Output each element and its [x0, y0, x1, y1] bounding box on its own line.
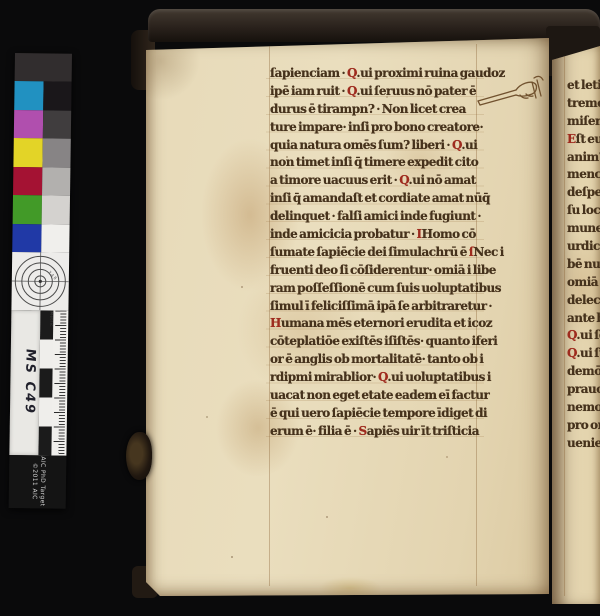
manuscript-line: prauo ſ — [567, 381, 600, 399]
ink-text: et letic — [567, 78, 600, 92]
manuscript-line: Q.ui ſu — [567, 345, 600, 363]
swatch-header-gray — [15, 53, 72, 82]
ink-text: ſimul ī feliciſſimā ipā ſe arbitraretur … — [270, 299, 492, 313]
ink-text: ipē iam ruit · — [270, 84, 347, 98]
swatch-row — [13, 166, 70, 195]
rubric-text: Q — [347, 66, 356, 80]
manuscript-line: ture impare· inſi pro bono creatore· — [270, 119, 488, 137]
swatch-row — [12, 223, 69, 252]
rubric-text: E — [567, 132, 576, 146]
manuscript-line: munere· — [567, 220, 600, 238]
shelfmark-label: MS C49 — [9, 310, 40, 455]
clasp-remnant — [126, 432, 152, 480]
manuscript-line: omiā ih — [567, 274, 600, 292]
ink-text: uacat non eget etate eadem eī factur — [270, 388, 489, 402]
ink-text: omiā ih — [567, 275, 600, 289]
left-page: ſapienciam · Q.ui proximi ruina gaudozip… — [146, 36, 549, 596]
manuscript-line: quia natura omēs ſum? liberi · Q.ui — [270, 137, 488, 155]
ink-text: or ē anglis ob mortalitatē· tanto ob i — [270, 352, 483, 366]
ruler-minor-ticks — [58, 311, 66, 456]
manuscript-line: anim? — [567, 149, 600, 167]
swatch-row — [14, 109, 71, 138]
ink-text: cōteplatiōe exiſtēs iſiſtēs· quanto ifer… — [270, 334, 497, 348]
ink-text: mencia — [567, 167, 600, 181]
ink-text: ture impare· inſi pro bono creatore· — [270, 120, 483, 134]
rubric-text: Q — [378, 370, 387, 384]
ink-text: prauo ſ — [567, 382, 600, 396]
swatch-yellow — [13, 138, 42, 167]
manuscript-line: ſu loco — [567, 202, 600, 220]
manuscript-line: Humana mēs eternori erudita et icoz — [270, 315, 488, 333]
ink-text: urdicio — [567, 239, 600, 253]
ink-text: ſapienciam · — [270, 66, 347, 80]
ink-text: inde amicicia probatur · — [270, 227, 417, 241]
ink-text: rdipmi mirablior· — [270, 370, 378, 384]
ink-text: umana mēs eternori erudita et icoz — [281, 316, 492, 330]
manuscript-line: Eſt eu — [567, 131, 600, 149]
manuscript-line: bē nun — [567, 256, 600, 274]
ink-text: ram poſſeſſionē cum ſuis uoluptatibus — [270, 281, 501, 295]
swatch-pale-gray — [41, 195, 70, 224]
ink-text: ſt eu — [576, 132, 600, 146]
right-page: et letictrememiſeraEſt euanim?menciadeſp… — [552, 38, 600, 604]
manicule-icon — [476, 70, 546, 114]
swatch-green — [13, 195, 42, 224]
ink-text: delecta — [567, 293, 600, 307]
manuscript-line: ſumate ſapiēcie dei ſimulachrū ē ſNec i — [270, 244, 488, 262]
swatch-rows — [12, 81, 71, 253]
ink-text: apiēs uir īt triſticia — [367, 424, 479, 438]
right-page-text-block: et letictrememiſeraEſt euanim?menciadeſp… — [567, 77, 600, 453]
ink-text: uenienti — [567, 436, 600, 450]
ruler-unit-label: Metric — [49, 311, 54, 327]
label-ruler-section: MS C49 Metric — [9, 310, 68, 456]
swatch-mid-gray — [42, 138, 71, 167]
ink-text: nemo n — [567, 400, 600, 414]
swatch-magenta — [14, 109, 43, 138]
manuscript-line: a timore uacuus erit · Q.ui nō amat — [270, 172, 488, 190]
rubric-text: Q — [567, 328, 576, 342]
ink-text: ē qui uero ſapiēcie tempore īdiget di — [270, 406, 487, 420]
ink-text: .ui nō amat — [409, 173, 476, 187]
ink-text: demōc ſ — [567, 364, 600, 378]
book-cover-top-edge — [148, 9, 600, 42]
ruler: Metric — [38, 310, 69, 455]
manuscript-line: miſera — [567, 113, 600, 131]
swatch-light-gray — [42, 167, 71, 196]
swatch-cyan — [14, 81, 43, 110]
manuscript-line: inſi q̄ amandaſt et cordiate amat nūq̄ — [270, 190, 488, 208]
manuscript-line: nemo n — [567, 399, 600, 417]
ink-text: .ui uoluptatibus i — [387, 370, 490, 384]
manuscript-line: Q.ui ſe — [567, 327, 600, 345]
manuscript-line: ram poſſeſſionē cum ſuis uoluptatibus — [270, 280, 488, 298]
svg-text:2 4 8: 2 4 8 — [47, 270, 58, 281]
ink-text: ſumate ſapiēcie dei ſimulachrū ē — [270, 245, 469, 259]
manuscript-line: uacat non eget etate eadem eī factur — [270, 387, 488, 405]
manuscript-line: urdicio — [567, 238, 600, 256]
rubric-text: Q — [452, 138, 461, 152]
ink-text: deſpera — [567, 185, 600, 199]
rubric-text: Q — [347, 84, 356, 98]
swatch-row — [13, 138, 70, 167]
rubric-text: H — [270, 316, 281, 330]
manuscript-line: treme — [567, 95, 600, 113]
swatch-dark-gray — [42, 110, 71, 139]
ink-text: anim? — [567, 150, 600, 164]
ink-text: .ui — [461, 138, 477, 152]
ink-text: .ui ſeruus nō pater ē — [356, 84, 476, 98]
manuscript-line: ſapienciam · Q.ui proximi ruina gaudoz — [270, 65, 488, 83]
ink-text: a timore uacuus erit · — [270, 173, 399, 187]
swatch-row — [13, 195, 70, 224]
focus-target: 2 4 8 — [11, 252, 69, 311]
ink-text: munere· — [567, 221, 600, 235]
ink-text: Homo cō — [422, 227, 476, 241]
ink-text: ſu loco — [567, 203, 600, 217]
manuscript-line: or ē anglis ob mortalitatē· tanto ob i — [270, 351, 488, 369]
manuscript-line: ē qui uero ſapiēcie tempore īdiget di — [270, 405, 488, 423]
manuscript-line: rdipmi mirablior· Q.ui uoluptatibus i — [270, 369, 488, 387]
manuscript-line: delinquet · falſi amici inde fugiunt · — [270, 208, 488, 226]
manuscript-text-block: ſapienciam · Q.ui proximi ruina gaudozip… — [270, 65, 488, 441]
manuscript-line: et letic — [567, 77, 600, 95]
manuscript-line: demōc ſ — [567, 363, 600, 381]
manuscript-line: delecta — [567, 292, 600, 310]
ruler-cm-blocks — [38, 310, 53, 455]
calibration-target: 2 4 8 MS C49 Metric AIC PhD Target ©2011… — [9, 53, 72, 509]
manuscript-line: durus ē tirampn? · Non licet crea — [270, 101, 488, 119]
swatch-white — [41, 224, 70, 253]
swatch-blue — [12, 223, 41, 252]
ink-text: non timet inſi q̄ timere expedit cito — [270, 155, 478, 169]
ink-text: pro omī — [567, 418, 600, 432]
manuscript-line: ante ba — [567, 310, 600, 328]
rubric-text: Q — [399, 173, 408, 187]
manuscript-line: ſimul ī feliciſſimā ipā ſe arbitraretur … — [270, 298, 488, 316]
ink-text: Nec i — [473, 245, 503, 259]
target-footer: AIC PhD Target ©2011 AIC — [9, 455, 67, 508]
manuscript-line: inde amicicia probatur · IHomo cō — [270, 226, 488, 244]
manuscript-photo: 2 4 8 MS C49 Metric AIC PhD Target ©2011… — [0, 0, 600, 616]
ink-text: inſi q̄ amandaſt et cordiate amat nūq̄ — [270, 191, 490, 205]
rubric-text: S — [359, 424, 367, 438]
ink-text: bē nun — [567, 257, 600, 271]
manuscript-line: uenienti — [567, 435, 600, 453]
ink-text: ante ba — [567, 311, 600, 325]
ruling-line-right-page — [564, 50, 565, 596]
shelfmark-text: MS C49 — [22, 348, 38, 416]
target-footer-line2: ©2011 AIC — [29, 456, 38, 506]
manuscript-line: ipē iam ruit · Q.ui ſeruus nō pater ē — [270, 83, 488, 101]
swatch-row — [14, 81, 71, 110]
manuscript-line: deſpera — [567, 184, 600, 202]
ink-text: .ui ſe — [576, 328, 600, 342]
ink-text: delinquet · falſi amici inde fugiunt · — [270, 209, 481, 223]
ink-text: erum ē· filia ē · — [270, 424, 359, 438]
ink-text: .ui ſu — [576, 346, 600, 360]
swatch-red — [13, 166, 42, 195]
manuscript-line: non timet inſi q̄ timere expedit cito — [270, 154, 488, 172]
ink-text: miſera — [567, 114, 600, 128]
ink-text: quia natura omēs ſum? liberi · — [270, 138, 452, 152]
manuscript-line: erum ē· filia ē · Sapiēs uir īt triſtici… — [270, 423, 488, 441]
swatch-black — [43, 81, 72, 110]
ink-text: durus ē tirampn? · Non licet crea — [270, 102, 466, 116]
manuscript-line: cōteplatiōe exiſtēs iſiſtēs· quanto ifer… — [270, 333, 488, 351]
rubric-text: Q — [567, 346, 576, 360]
manuscript-line: pro omī — [567, 417, 600, 435]
manuscript-line: fruenti deo ſi cōſiderentur· omiā i libe — [270, 262, 488, 280]
manuscript-line: mencia — [567, 166, 600, 184]
ink-text: treme — [567, 96, 600, 110]
ink-text: fruenti deo ſi cōſiderentur· omiā i libe — [270, 263, 496, 277]
target-footer-line1: AIC PhD Target — [37, 457, 46, 507]
